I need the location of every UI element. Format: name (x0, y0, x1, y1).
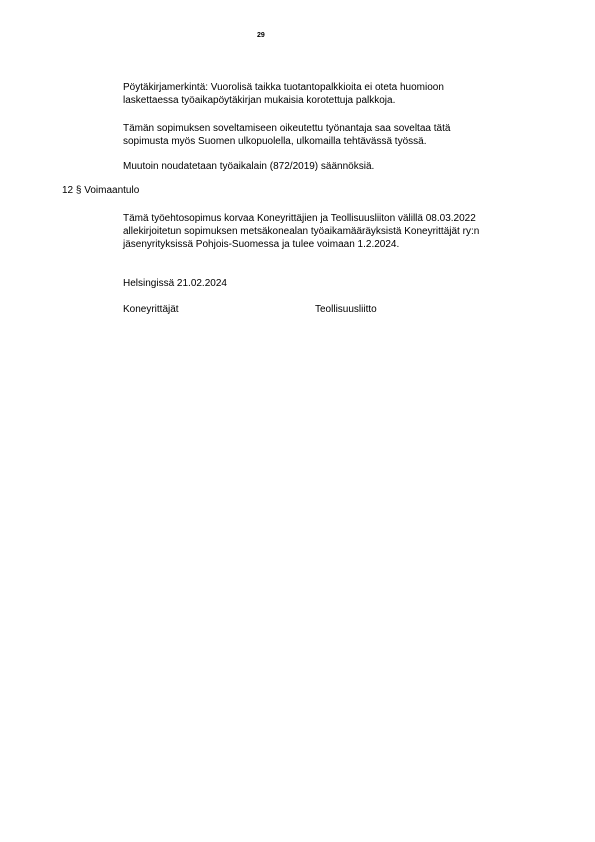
protocol-note: Pöytäkirjamerkintä: Vuorolisä taikka tuo… (123, 81, 523, 107)
place-date: Helsingissä 21.02.2024 (123, 277, 523, 290)
section-line: allekirjoitetun sopimuksen metsäkonealan… (123, 225, 543, 238)
place-date-text: Helsingissä 21.02.2024 (123, 277, 523, 290)
signatory-1-text: Koneyrittäjät (123, 303, 179, 316)
abroad-paragraph: Tämän sopimuksen soveltamiseen oikeutett… (123, 122, 523, 148)
signatory-2: Teollisuusliitto (315, 303, 377, 316)
signatory-1: Koneyrittäjät (123, 303, 179, 316)
otherwise-paragraph: Muutoin noudatetaan työaikalain (872/201… (123, 160, 523, 173)
section-heading-text: 12 § Voimaantulo (62, 184, 139, 197)
otherwise-text: Muutoin noudatetaan työaikalain (872/201… (123, 160, 523, 173)
protocol-note-line: Pöytäkirjamerkintä: Vuorolisä taikka tuo… (123, 81, 523, 94)
abroad-line: Tämän sopimuksen soveltamiseen oikeutett… (123, 122, 523, 135)
signatory-2-text: Teollisuusliitto (315, 303, 377, 316)
protocol-note-line: laskettaessa työaikapöytäkirjan mukaisia… (123, 94, 523, 107)
section-heading: 12 § Voimaantulo (62, 184, 139, 197)
page-number: 29 (257, 32, 265, 39)
section-line: jäsenyrityksissä Pohjois-Suomessa ja tul… (123, 238, 543, 251)
section-body: Tämä työehtosopimus korvaa Koneyrittäjie… (123, 212, 543, 251)
section-line: Tämä työehtosopimus korvaa Koneyrittäjie… (123, 212, 543, 225)
abroad-line: sopimusta myös Suomen ulkopuolella, ulko… (123, 135, 523, 148)
